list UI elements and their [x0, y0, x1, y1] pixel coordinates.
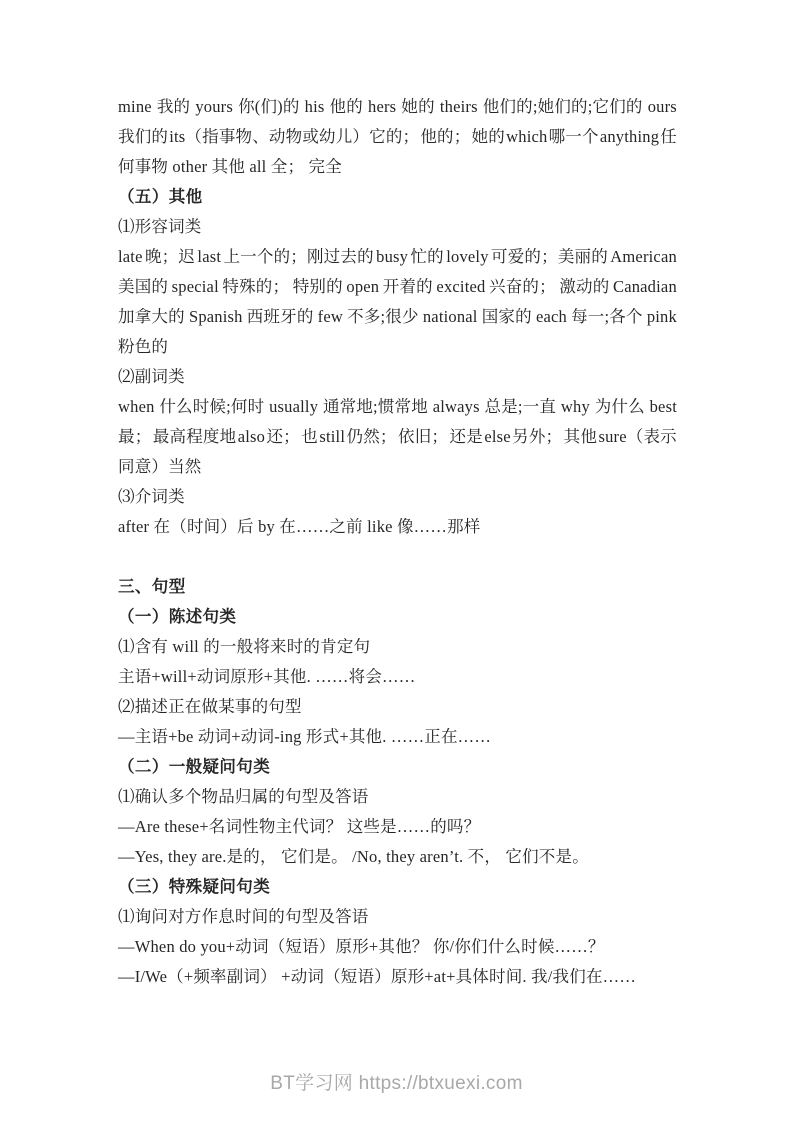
- text-token: 通常地;惯常地: [323, 392, 428, 422]
- text-line: after 在（时间）后 by 在……之前 like 像……那样: [118, 512, 677, 542]
- text-line: 主语+will+动词原形+其他. ……将会……: [118, 662, 677, 692]
- text-token: 可爱的；美丽的: [491, 242, 608, 272]
- text-token: yours: [195, 92, 233, 122]
- text-token: 美国的: [118, 272, 168, 302]
- text-line: when什么时候;何时usually通常地;惯常地always总是;一直why为…: [118, 392, 677, 422]
- text-line: 何事物 other 其他 all 全； 完全: [118, 152, 677, 182]
- text-token: 哪一个: [549, 122, 599, 152]
- text-token: 每一;各个: [571, 302, 643, 332]
- text-token: open: [346, 272, 379, 302]
- section-heading: （一）陈述句类: [118, 602, 677, 632]
- text-line: ⑶介词类: [118, 482, 677, 512]
- text-token: 最高程度地: [153, 422, 237, 452]
- text-line: —Are these+名词性物主代词？ 这些是……的吗？: [118, 812, 677, 842]
- text-token: when: [118, 392, 155, 422]
- text-line: 美国的special特殊的；特别的open开着的excited兴奋的；激动的Ca…: [118, 272, 677, 302]
- text-token: special: [172, 272, 219, 302]
- document-page: mine我的yours你(们)的his他的hers她的theirs他们的;她们的…: [0, 0, 793, 1122]
- text-token: few: [318, 302, 343, 332]
- text-token: lovely: [446, 242, 488, 272]
- text-token: 另外；: [512, 422, 562, 452]
- text-token: 其他: [564, 422, 597, 452]
- text-token: 她的: [472, 122, 505, 152]
- document-body: mine我的yours你(们)的his他的hers她的theirs他们的;她们的…: [118, 92, 677, 992]
- text-line: mine我的yours你(们)的his他的hers她的theirs他们的;她们的…: [118, 92, 677, 122]
- text-line: 我们的its（指事物、动物或幼儿）它的；他的；她的which哪一个anythin…: [118, 122, 677, 152]
- text-line: —When do you+动词（短语）原形+其他？ 你/你们什么时候……？: [118, 932, 677, 962]
- text-token: 上一个的；刚过去的: [223, 242, 373, 272]
- text-token: why: [561, 392, 590, 422]
- text-line: 同意）当然: [118, 452, 677, 482]
- text-token: also: [238, 422, 265, 452]
- section-heading: （二）一般疑问句类: [118, 752, 677, 782]
- text-token: 也: [301, 422, 318, 452]
- text-token: 他的；: [420, 122, 470, 152]
- section-heading: （五）其他: [118, 182, 677, 212]
- text-token: Spanish: [189, 302, 243, 332]
- text-token: its（指事物、动物或幼儿）它的；: [169, 122, 419, 152]
- text-token: 激动的: [559, 272, 609, 302]
- text-token: 加拿大的: [118, 302, 185, 332]
- text-token: last: [197, 242, 221, 272]
- text-token: his: [305, 92, 325, 122]
- text-token: late: [118, 242, 143, 272]
- text-token: 仍然；: [347, 422, 397, 452]
- text-token: national: [423, 302, 478, 332]
- text-token: ours: [648, 92, 677, 122]
- text-token: 忙的: [410, 242, 443, 272]
- text-token: else: [484, 422, 510, 452]
- text-token: Canadian: [613, 272, 677, 302]
- text-token: 开着的: [383, 272, 433, 302]
- text-line: ⑵描述正在做某事的句型: [118, 692, 677, 722]
- text-token: which: [506, 122, 547, 152]
- blank-line: [118, 542, 677, 572]
- section-heading: （三）特殊疑问句类: [118, 872, 677, 902]
- text-token: 特殊的；: [222, 272, 289, 302]
- text-token: 还是: [450, 422, 483, 452]
- text-token: 不多;很少: [347, 302, 419, 332]
- watermark: BT学习网 https://btxuexi.com: [0, 1068, 793, 1095]
- text-token: 还；: [266, 422, 299, 452]
- text-line: 粉色的: [118, 332, 677, 362]
- text-line: 加拿大的Spanish西班牙的few不多;很少national国家的each每一…: [118, 302, 677, 332]
- text-token: 为什么: [595, 392, 645, 422]
- text-token: 国家的: [482, 302, 532, 332]
- text-token: mine: [118, 92, 152, 122]
- text-token: hers: [368, 92, 396, 122]
- text-line: —Yes, they are.是的， 它们是。 /No, they aren’t…: [118, 842, 677, 872]
- text-line: —主语+be 动词+动词-ing 形式+其他. ……正在……: [118, 722, 677, 752]
- text-token: sure（表示: [598, 422, 676, 452]
- text-token: always: [433, 392, 480, 422]
- text-token: best: [650, 392, 677, 422]
- text-token: still: [319, 422, 345, 452]
- text-token: busy: [376, 242, 408, 272]
- text-token: usually: [269, 392, 318, 422]
- text-token: 我的: [157, 92, 190, 122]
- text-token: 最；: [118, 422, 151, 452]
- text-token: 依旧；: [398, 422, 448, 452]
- text-line: ⑴确认多个物品归属的句型及答语: [118, 782, 677, 812]
- text-line: —I/We（+频率副词） +动词（短语）原形+at+具体时间. 我/我们在……: [118, 962, 677, 992]
- text-token: 他的: [330, 92, 363, 122]
- text-token: 我们的: [118, 122, 168, 152]
- text-line: ⑴形容词类: [118, 212, 677, 242]
- text-token: anything: [600, 122, 659, 152]
- text-token: 你(们)的: [238, 92, 300, 122]
- text-line: 最；最高程度地also还；也still仍然；依旧；还是else另外；其他sure…: [118, 422, 677, 452]
- text-token: American: [610, 242, 677, 272]
- text-line: late晚；迟last上一个的；刚过去的busy忙的lovely可爱的；美丽的A…: [118, 242, 677, 272]
- text-token: each: [536, 302, 567, 332]
- text-line: ⑴含有 will 的一般将来时的肯定句: [118, 632, 677, 662]
- text-token: 任: [660, 122, 677, 152]
- text-token: 晚；迟: [145, 242, 195, 272]
- text-token: 什么时候;何时: [159, 392, 264, 422]
- text-token: theirs: [440, 92, 478, 122]
- text-token: 总是;一直: [485, 392, 557, 422]
- text-line: ⑵副词类: [118, 362, 677, 392]
- text-token: 兴奋的；: [489, 272, 556, 302]
- text-line: ⑴询问对方作息时间的句型及答语: [118, 902, 677, 932]
- text-token: 他们的;她们的;它们的: [483, 92, 643, 122]
- text-token: 特别的: [293, 272, 343, 302]
- text-token: excited: [436, 272, 485, 302]
- section-heading: 三、句型: [118, 572, 677, 602]
- text-token: 西班牙的: [247, 302, 314, 332]
- text-token: 她的: [401, 92, 434, 122]
- text-token: pink: [647, 302, 677, 332]
